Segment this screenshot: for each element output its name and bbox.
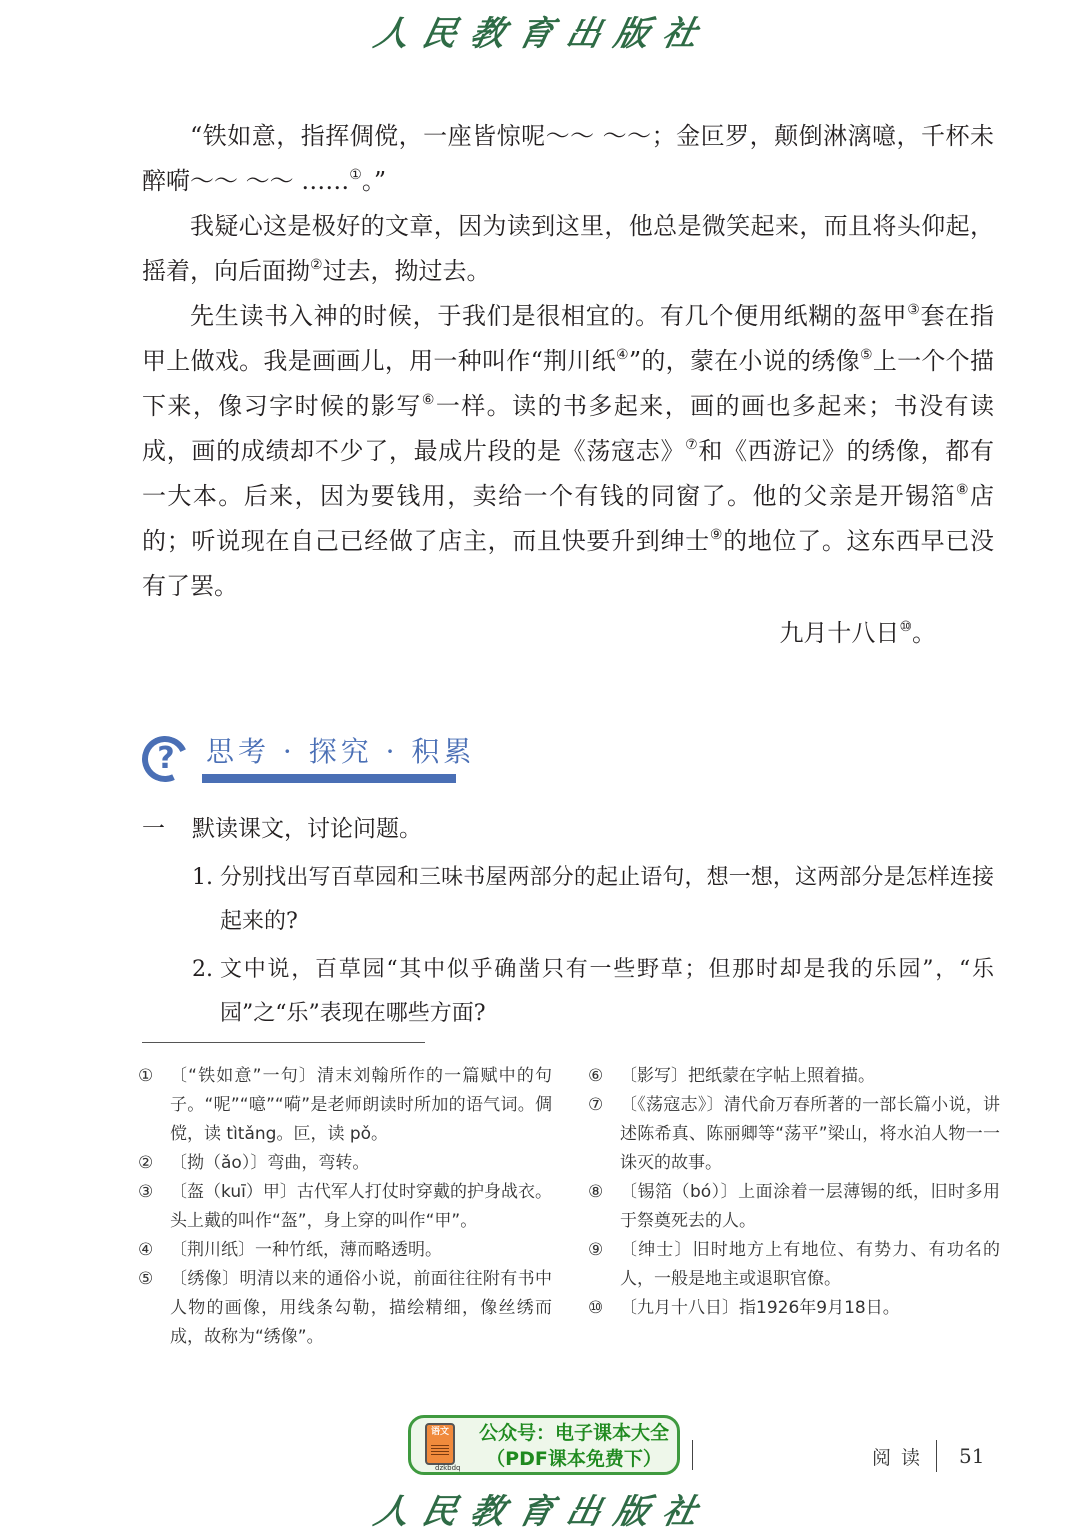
footnote-ref-6[interactable]: ⑥	[422, 392, 436, 408]
publisher-logo-bottom: 人民教育出版社	[0, 1484, 1087, 1533]
footnotes-left-column: ①〔“铁如意”一句〕清末刘翰所作的一篇赋中的句子。“呢”“噫”“嗬”是老师朗读时…	[138, 1062, 552, 1352]
section-underline	[202, 774, 456, 783]
footnote-ref-8[interactable]: ⑧	[956, 482, 970, 498]
footnote-ref-3[interactable]: ③	[907, 302, 920, 318]
exercise-item-number: 1.	[192, 856, 213, 900]
passage-text: “铁如意，指挥倜傥，一座皆惊呢～～ ～～；金叵罗，颠倒淋漓噫，千杯未醉嗬～～ ～…	[142, 114, 994, 656]
footnote-ref-5[interactable]: ⑤	[860, 347, 873, 363]
section-title: 思考 · 探究 · 积累	[206, 730, 475, 770]
footnote-3: ③〔盔（kuī）甲〕古代军人打仗时穿戴的护身战衣。头上戴的叫作“盔”，身上穿的叫…	[138, 1178, 552, 1236]
passage-paragraph-2: 我疑心这是极好的文章，因为读到这里，他总是微笑起来，而且将头仰起，摇着，向后面拗…	[142, 204, 994, 294]
ebook-tablet-icon: 语文	[425, 1423, 455, 1465]
wechat-promo-badge[interactable]: 语文 dzkbdq 公众号：电子课本大全 （PDF课本免费下）	[408, 1415, 680, 1475]
footnote-ref-2[interactable]: ②	[310, 257, 323, 273]
exercise-item-text: 分别找出写百草园和三味书屋两部分的起止语句，想一想，这两部分是怎样连接起来的?	[220, 865, 994, 934]
footnote-ref-9[interactable]: ⑨	[710, 527, 723, 543]
footnote-4: ④〔荆川纸〕一种竹纸，薄而略透明。	[138, 1236, 552, 1265]
page-footer: 阅读 51	[872, 1440, 984, 1472]
footnote-8: ⑧〔锡箔（bó）〕上面涂着一层薄锡的纸，旧时多用于祭奠死去的人。	[588, 1178, 1000, 1236]
passage-paragraph-1: “铁如意，指挥倜傥，一座皆惊呢～～ ～～；金叵罗，颠倒淋漓噫，千杯未醉嗬～～ ～…	[142, 114, 994, 204]
footnote-1: ①〔“铁如意”一句〕清末刘翰所作的一篇赋中的句子。“呢”“噫”“嗬”是老师朗读时…	[138, 1062, 552, 1149]
footnote-6: ⑥〔影写〕把纸蒙在字帖上照着描。	[588, 1062, 1000, 1091]
passage-paragraph-3: 先生读书入神的时候，于我们是很相宜的。有几个便用纸糊的盔甲③套在指甲上做戏。我是…	[142, 294, 994, 609]
footnote-5: ⑤〔绣像〕明清以来的通俗小说，前面往往附有书中人物的画像，用线条勾勒，描绘精细，…	[138, 1265, 552, 1352]
footnote-7: ⑦〔《荡寇志》〕清代俞万春所著的一部长篇小说，讲述陈希真、陈丽卿等“荡平”梁山，…	[588, 1091, 1000, 1178]
footnote-10: ⑩〔九月十八日〕指1926年9月18日。	[588, 1294, 1000, 1323]
footnote-ref-1[interactable]: ①	[349, 167, 362, 183]
badge-separator	[692, 1440, 693, 1470]
exercise-heading: 一 默读课文，讨论问题。	[142, 808, 994, 850]
footer-divider	[936, 1440, 937, 1472]
page-number: 51	[959, 1444, 984, 1468]
footnote-ref-7[interactable]: ⑦	[685, 437, 698, 453]
exercise-item-text: 文中说，百草园“其中似乎确凿只有一些野草；但那时却是我的乐园”，“乐园”之“乐”…	[220, 957, 994, 1026]
question-mark-glyph: ?	[151, 736, 181, 782]
footnote-ref-10[interactable]: ⑩	[899, 619, 912, 635]
footnote-2: ②〔拗（ǎo）〕弯曲，弯转。	[138, 1149, 552, 1178]
badge-text: 公众号：电子课本大全 （PDF课本免费下）	[471, 1420, 677, 1472]
footer-section-name: 阅读	[872, 1443, 930, 1470]
exercise-list: 一 默读课文，讨论问题。 1. 分别找出写百草园和三味书屋两部分的起止语句，想一…	[142, 808, 994, 1036]
exercise-item-number: 2.	[192, 948, 213, 992]
exercise-item-1: 1. 分别找出写百草园和三味书屋两部分的起止语句，想一想，这两部分是怎样连接起来…	[142, 856, 994, 944]
badge-icon-caption: dzkbdq	[435, 1464, 461, 1472]
exercise-item-2: 2. 文中说，百草园“其中似乎确凿只有一些野草；但那时却是我的乐园”，“乐园”之…	[142, 948, 994, 1036]
exercise-number: 一	[142, 808, 192, 850]
footnote-divider	[142, 1042, 425, 1043]
publisher-logo-top: 人民教育出版社	[0, 6, 1087, 55]
footnote-ref-4[interactable]: ④	[616, 347, 629, 363]
section-header: ? 思考 · 探究 · 积累	[142, 728, 462, 788]
exercise-heading-text: 默读课文，讨论问题。	[192, 808, 422, 850]
passage-date: 九月十八日⑩。	[142, 611, 994, 656]
footnotes-right-column: ⑥〔影写〕把纸蒙在字帖上照着描。 ⑦〔《荡寇志》〕清代俞万春所著的一部长篇小说，…	[588, 1062, 1000, 1323]
footnote-9: ⑨〔绅士〕旧时地方上有地位、有势力、有功名的人，一般是地主或退职官僚。	[588, 1236, 1000, 1294]
